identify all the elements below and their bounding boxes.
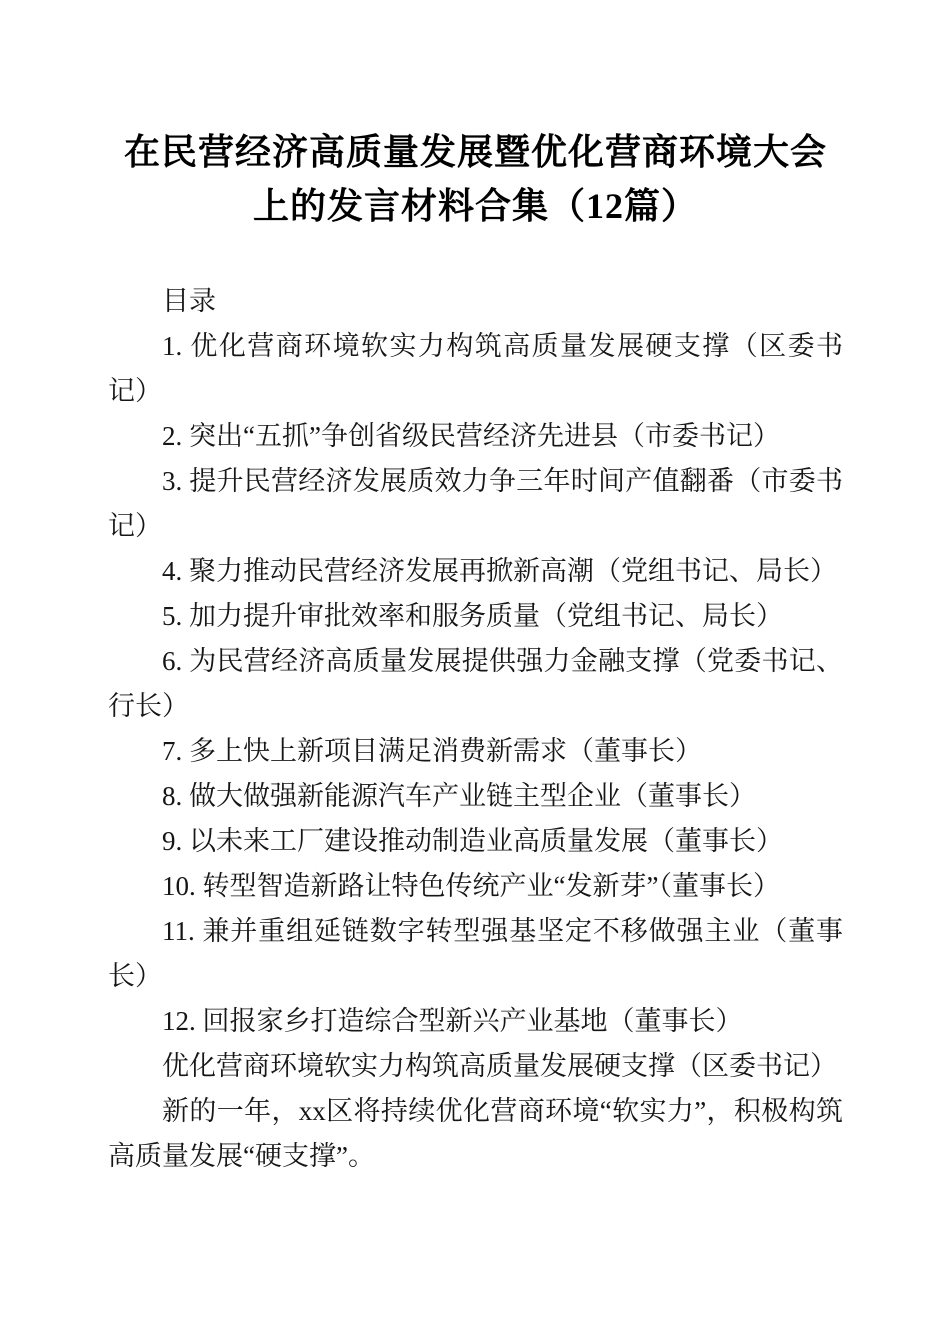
toc-item: 6. 为民营经济高质量发展提供强力金融支撑（党委书记、行长） — [108, 639, 843, 729]
toc-item: 8. 做大做强新能源汽车产业链主型企业（董事长） — [108, 774, 843, 819]
toc-item: 11. 兼并重组延链数字转型强基坚定不移做强主业（董事长） — [108, 909, 843, 999]
opening-paragraph: 新的一年，xx区将持续优化营商环境“软实力”，积极构筑高质量发展“硬支撑”。 — [108, 1089, 843, 1179]
toc-item: 10. 转型智造新路让特色传统产业“发新芽”（董事长） — [108, 864, 843, 909]
document-page: 在民营经济高质量发展暨优化营商环境大会上的发言材料合集（12篇） 目录 1. 优… — [0, 0, 950, 1344]
toc-item: 12. 回报家乡打造综合型新兴产业基地（董事长） — [108, 999, 843, 1044]
toc-item: 7. 多上快上新项目满足消费新需求（董事长） — [108, 729, 843, 774]
document-title: 在民营经济高质量发展暨优化营商环境大会上的发言材料合集（12篇） — [108, 125, 843, 233]
section-heading: 优化营商环境软实力构筑高质量发展硬支撑（区委书记） — [108, 1044, 843, 1089]
toc-label: 目录 — [108, 279, 843, 324]
toc-item: 1. 优化营商环境软实力构筑高质量发展硬支撑（区委书记） — [108, 324, 843, 414]
toc-list: 1. 优化营商环境软实力构筑高质量发展硬支撑（区委书记）2. 突出“五抓”争创省… — [108, 324, 843, 1044]
toc-item: 2. 突出“五抓”争创省级民营经济先进县（市委书记） — [108, 414, 843, 459]
toc-item: 5. 加力提升审批效率和服务质量（党组书记、局长） — [108, 594, 843, 639]
toc-item: 4. 聚力推动民营经济发展再掀新高潮（党组书记、局长） — [108, 549, 843, 594]
toc-item: 9. 以未来工厂建设推动制造业高质量发展（董事长） — [108, 819, 843, 864]
toc-item: 3. 提升民营经济发展质效力争三年时间产值翻番（市委书记） — [108, 459, 843, 549]
